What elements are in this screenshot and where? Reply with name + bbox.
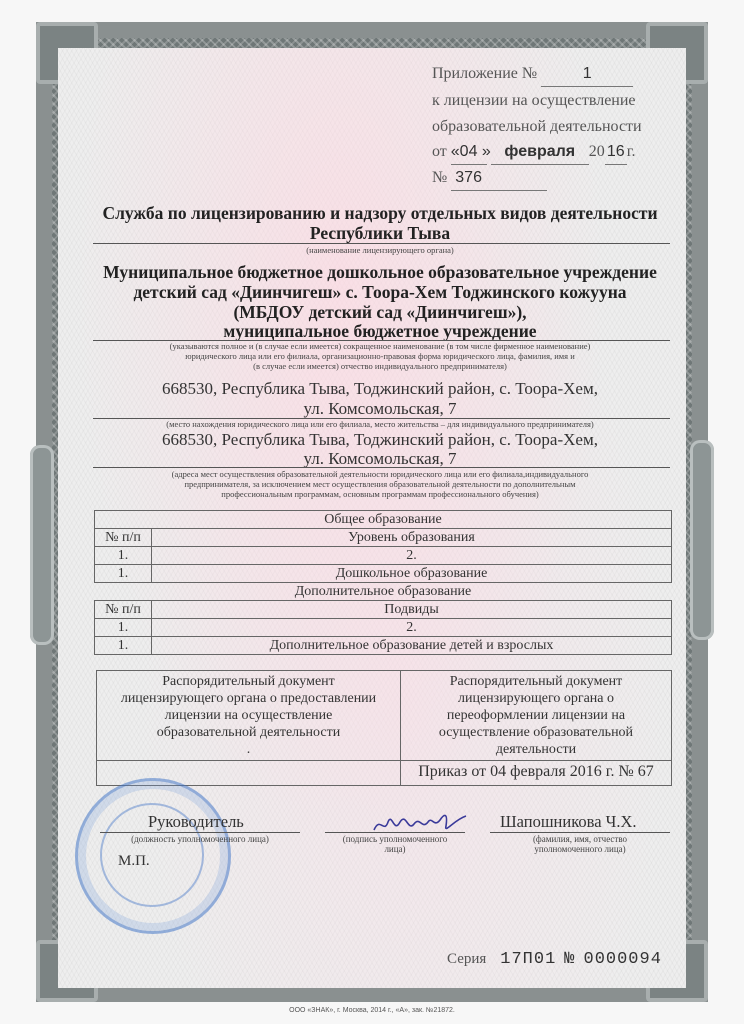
appendix-number-line: Приложение № 1 [432,62,633,87]
legal-address-line1: 668530, Республика Тыва, Тоджинский райо… [90,378,670,399]
org-caption-line: (в случае если имеется) отчество индивид… [90,361,670,371]
org-caption-line: юридического лица или его филиала, орган… [90,351,670,361]
header-line: Распорядительный документ [405,673,667,690]
license-no-label: № [432,169,447,186]
org-caption-line: (указываются полное и (в случае если име… [90,341,670,351]
activity-caption-line: (адреса мест осуществления образовательн… [90,469,670,479]
seal-place-label: М.П. [118,853,150,870]
date-year-end: г. [627,143,636,160]
table-row: 1. 2. [95,547,672,565]
caption-line: лица) [325,844,465,854]
appendix-line2: к лицензии на осуществление [432,89,636,113]
appendix-number: 1 [541,62,633,87]
activity-caption-line: профессиональным программам, основным пр… [90,489,670,499]
date-month: февраля [491,140,589,165]
date-prefix: от [432,143,447,160]
activity-address-line1: 668530, Республика Тыва, Тоджинский райо… [90,429,670,450]
table-row: № п/п Уровень образования [95,529,672,547]
date-year-suffix: 16 [605,140,627,165]
divider [93,467,670,468]
table-row: № п/п Подвиды [95,601,672,619]
license-number: 376 [451,166,547,191]
authority-caption: (наименование лицензирующего органа) [90,245,670,255]
org-line4: муниципальное бюджетное учреждение [90,321,670,341]
legal-address-line2: ул. Комсомольская, 7 [90,398,670,419]
org-line3: (МБДОУ детский сад «Диинчигеш»), [90,302,670,322]
orders-table: Распорядительный документ лицензирующего… [96,670,672,786]
divider [100,832,300,833]
header-line: лицензии на осуществление [101,707,396,724]
index-cell: 2. [152,547,672,565]
authority-line2: Республики Тыва [90,223,670,243]
position-caption: (должность уполномоченного лица) [100,834,300,844]
divider [325,832,465,833]
education-table: Общее образование № п/п Уровень образова… [94,510,672,655]
appendix-date: от «04 » февраля2016г. [432,140,636,165]
serial-number: 0000094 [584,950,662,969]
legal-address-caption: (место нахождения юридического лица или … [90,419,670,429]
col-no-header: № п/п [95,529,152,547]
name-caption: (фамилия, имя, отчество уполномоченного … [490,834,670,854]
table-row: 1. Дошкольное образование [95,565,672,583]
activity-address-caption: (адреса мест осуществления образовательн… [90,469,670,499]
table-row: 1. 2. [95,619,672,637]
appendix-line3: образовательной деятельности [432,115,642,139]
serial-label: Серия [447,951,486,967]
table-row: 1. Дополнительное образование детей и вз… [95,637,672,655]
org-caption: (указываются полное и (в случае если име… [90,341,670,371]
date-day: «04 » [451,140,487,165]
caption-line: (подпись уполномоченного [325,834,465,844]
reissue-order-value: Приказ от 04 февраля 2016 г. № 67 [401,761,672,786]
education-level: Дошкольное образование [152,565,672,583]
divider [490,832,670,833]
side-ornament-right [690,440,714,640]
header-line: осуществление образовательной [405,724,667,741]
org-line2: детский сад «Диинчигеш» с. Тоора-Хем Тод… [90,282,670,302]
authority-line1: Служба по лицензированию и надзору отдел… [90,203,670,223]
col-subtypes-header: Подвиды [152,601,672,619]
row-number: 1. [95,637,152,655]
index-cell: 2. [152,619,672,637]
table-row: Приказ от 04 февраля 2016 г. № 67 [97,761,672,786]
activity-address-line2: ул. Комсомольская, 7 [90,448,670,469]
appendix-label: Приложение № [432,65,537,82]
header-line: лицензирующего органа о [405,690,667,707]
header-line: образовательной деятельности [101,724,396,741]
index-cell: 1. [95,547,152,565]
table-row: Распорядительный документ лицензирующего… [97,671,672,761]
header-line: деятельности [405,741,667,758]
header-line: лицензирующего органа о предоставлении [101,690,396,707]
additional-education-subtype: Дополнительное образование детей и взрос… [152,637,672,655]
header-line: . [101,741,396,758]
license-number-line: № 376 [432,166,547,191]
table-row: Общее образование [95,511,672,529]
activity-caption-line: предпринимателя, за исключением мест осу… [90,479,670,489]
additional-education-title: Дополнительное образование [95,583,672,601]
index-cell: 1. [95,619,152,637]
grant-order-header: Распорядительный документ лицензирующего… [97,671,401,761]
general-education-title: Общее образование [95,511,672,529]
signatory-name: Шапошникова Ч.Х. [500,812,637,832]
caption-line: уполномоченного лица) [490,844,670,854]
date-year-prefix: 20 [589,143,605,160]
serial-line: Серия 17П01 № 0000094 [447,950,662,969]
divider [93,243,670,244]
signature-caption: (подпись уполномоченного лица) [325,834,465,854]
signatory-position: Руководитель [148,812,244,832]
col-level-header: Уровень образования [152,529,672,547]
col-no-header: № п/п [95,601,152,619]
printer-footer: ООО «ЗНАК», г. Москва, 2014 г., «А», зак… [0,1007,744,1014]
table-row: Дополнительное образование [95,583,672,601]
org-line1: Муниципальное бюджетное дошкольное образ… [90,262,670,282]
side-ornament-left [30,445,54,645]
caption-line: (фамилия, имя, отчество [490,834,670,844]
official-seal-stamp [75,778,231,934]
header-line: Распорядительный документ [101,673,396,690]
serial-no-label: № [564,950,575,969]
serial-series: 17П01 [500,950,556,969]
header-line: переоформлении лицензии на [405,707,667,724]
reissue-order-header: Распорядительный документ лицензирующего… [401,671,672,761]
row-number: 1. [95,565,152,583]
